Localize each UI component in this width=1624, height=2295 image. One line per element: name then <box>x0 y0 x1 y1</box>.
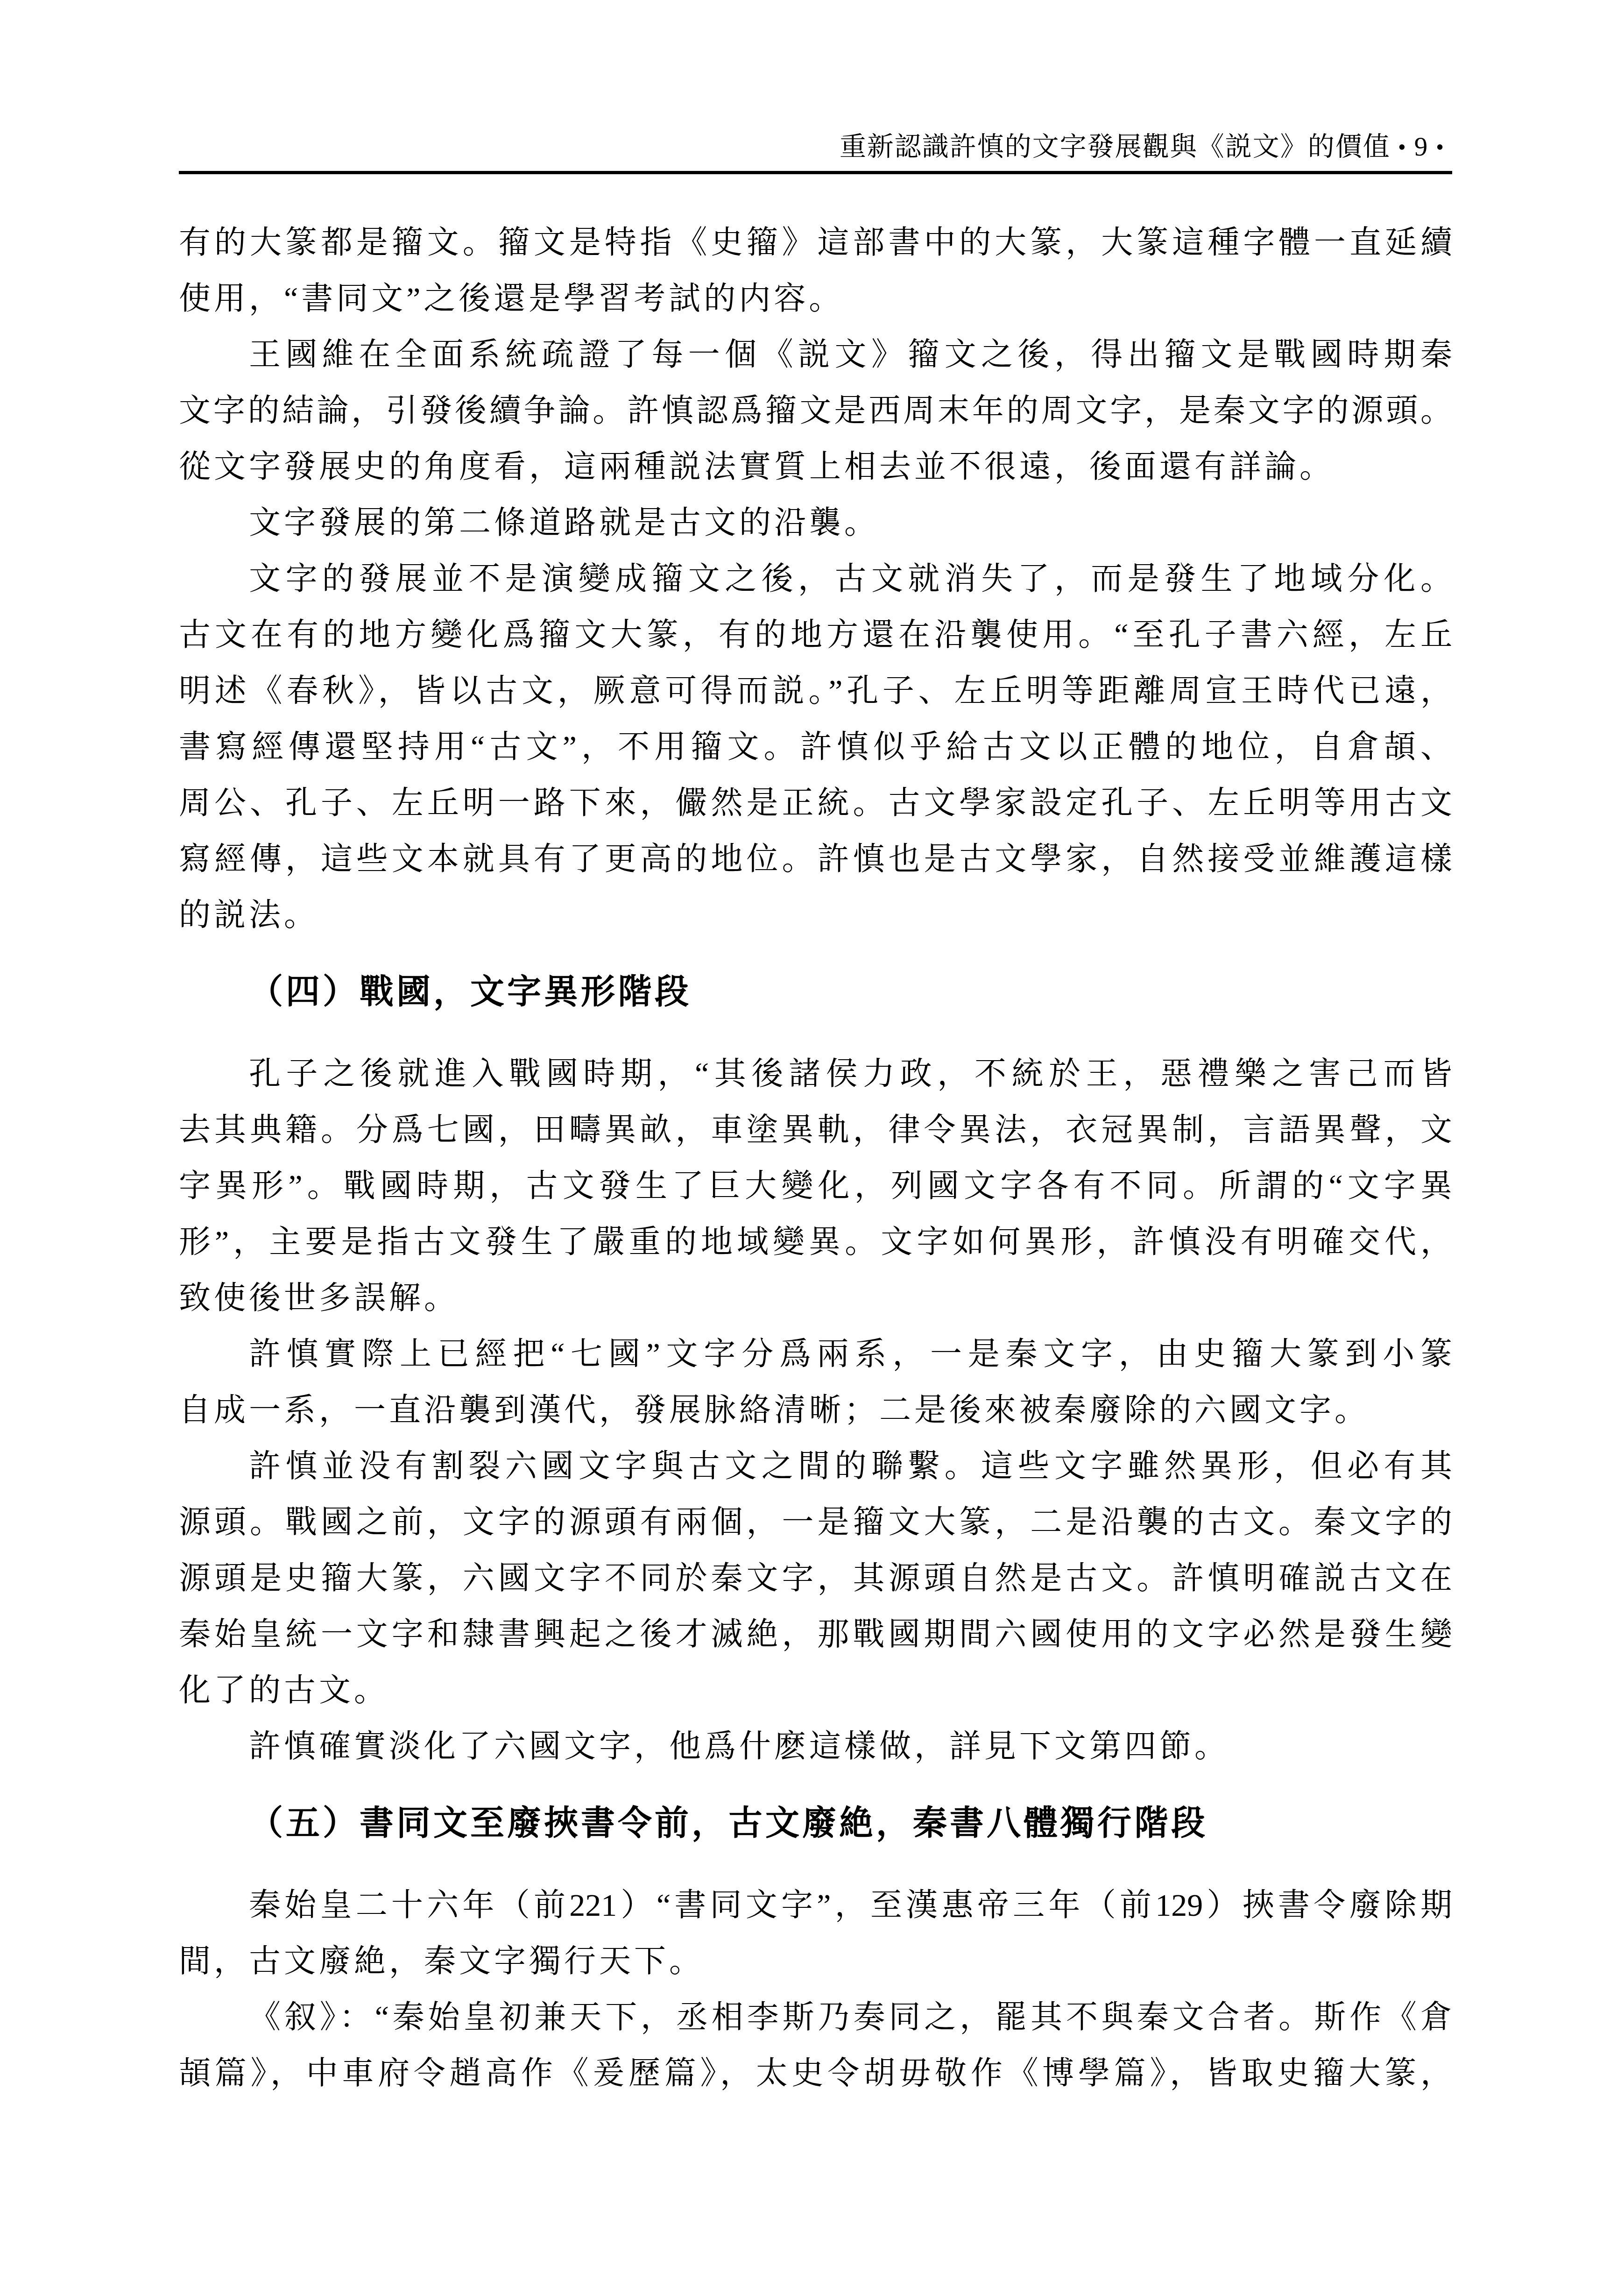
text-line: 周公、孔子、左丘明一路下來，儼然是正統。古文學家設定孔子、左丘明等用古文 <box>179 775 1452 831</box>
text-line: 從文字發展史的角度看，這兩種説法實質上相去並不很遠，後面還有詳論。 <box>179 439 1452 495</box>
text-line: 頡篇》，中車府令趙高作《爰歷篇》，太史令胡毋敬作《博學篇》，皆取史籀大篆， <box>179 2045 1452 2101</box>
text-line: 自成一系，一直沿襲到漢代，發展脉絡清晰；二是後來被秦廢除的六國文字。 <box>179 1382 1452 1438</box>
text-line: 文字的結論，引發後續争論。許慎認爲籀文是西周末年的周文字，是秦文字的源頭。 <box>179 382 1452 439</box>
running-title: 重新認識許慎的文字發展觀與《説文》的價值 <box>840 132 1391 162</box>
text-line: 形”，主要是指古文發生了嚴重的地域變異。文字如何異形，許慎没有明確交代， <box>179 1214 1452 1270</box>
header-bullet-icon: • <box>1436 132 1445 163</box>
document-page: 重新認識許慎的文字發展觀與《説文》的價值•9• 有的大篆都是籀文。籀文是特指《史… <box>0 0 1624 2295</box>
text-line: 文字發展的第二條道路就是古文的沿襲。 <box>179 495 1452 551</box>
text-line: 古文在有的地方變化爲籀文大篆，有的地方還在沿襲使用。“至孔子書六經，左丘 <box>179 607 1452 663</box>
text-line: 間，古文廢絶，秦文字獨行天下。 <box>179 1933 1452 1989</box>
text-line: 孔子之後就進入戰國時期，“其後諸侯力政，不統於王，惡禮樂之害己而皆 <box>179 1046 1452 1102</box>
text-line: 使用，“書同文”之後還是學習考試的内容。 <box>179 270 1452 326</box>
text-line: 明述《春秋》，皆以古文，厥意可得而説。”孔子、左丘明等距離周宣王時代已遠， <box>179 663 1452 719</box>
body-lines: 有的大篆都是籀文。籀文是特指《史籀》這部書中的大篆，大篆這種字體一直延續使用，“… <box>179 214 1452 2101</box>
text-line: 源頭是史籀大篆，六國文字不同於秦文字，其源頭自然是古文。許慎明確説古文在 <box>179 1550 1452 1606</box>
text-line: 王國維在全面系統疏證了每一個《説文》籀文之後，得出籀文是戰國時期秦 <box>179 326 1452 382</box>
page-number: 9 <box>1414 132 1429 162</box>
text-line: 秦始皇統一文字和隸書興起之後才滅絶，那戰國期間六國使用的文字必然是發生變 <box>179 1606 1452 1662</box>
text-line: 《叙》：“秦始皇初兼天下，丞相李斯乃奏同之，罷其不與秦文合者。斯作《倉 <box>179 1989 1452 2045</box>
section-heading: （四）戰國，文字異形階段 <box>179 964 1452 1020</box>
text-line: 字異形”。戰國時期，古文發生了巨大變化，列國文字各有不同。所謂的“文字異 <box>179 1158 1452 1214</box>
text-line: 化了的古文。 <box>179 1662 1452 1718</box>
text-line: 文字的發展並不是演變成籀文之後，古文就消失了，而是發生了地域分化。 <box>179 551 1452 607</box>
page-header: 重新認識許慎的文字發展觀與《説文》的價值•9• <box>840 132 1452 163</box>
header-rule <box>179 171 1452 174</box>
text-line: 去其典籍。分爲七國，田疇異畝，車塗異軌，律令異法，衣冠異制，言語異聲，文 <box>179 1102 1452 1158</box>
text-line: 寫經傳，這些文本就具有了更高的地位。許慎也是古文學家，自然接受並維護這樣 <box>179 831 1452 887</box>
text-line: 許慎並没有割裂六國文字與古文之間的聯繫。這些文字雖然異形，但必有其 <box>179 1438 1452 1494</box>
text-line: 致使後世多誤解。 <box>179 1270 1452 1326</box>
section-heading: （五）書同文至廢挾書令前，古文廢絶，秦書八體獨行階段 <box>179 1795 1452 1851</box>
text-line: 秦始皇二十六年（前221）“書同文字”，至漢惠帝三年（前129）挾書令廢除期 <box>179 1877 1452 1933</box>
text-line: 源頭。戰國之前，文字的源頭有兩個，一是籀文大篆，二是沿襲的古文。秦文字的 <box>179 1494 1452 1550</box>
text-line: 有的大篆都是籀文。籀文是特指《史籀》這部書中的大篆，大篆這種字體一直延續 <box>179 214 1452 270</box>
text-line: 許慎實際上已經把“七國”文字分爲兩系，一是秦文字，由史籀大篆到小篆 <box>179 1326 1452 1382</box>
text-line: 的説法。 <box>179 887 1452 943</box>
header-bullet-icon: • <box>1398 132 1407 163</box>
text-line: 書寫經傳還堅持用“古文”，不用籀文。許慎似乎給古文以正體的地位，自倉頡、 <box>179 719 1452 775</box>
text-line: 許慎確實淡化了六國文字，他爲什麽這樣做，詳見下文第四節。 <box>179 1718 1452 1774</box>
